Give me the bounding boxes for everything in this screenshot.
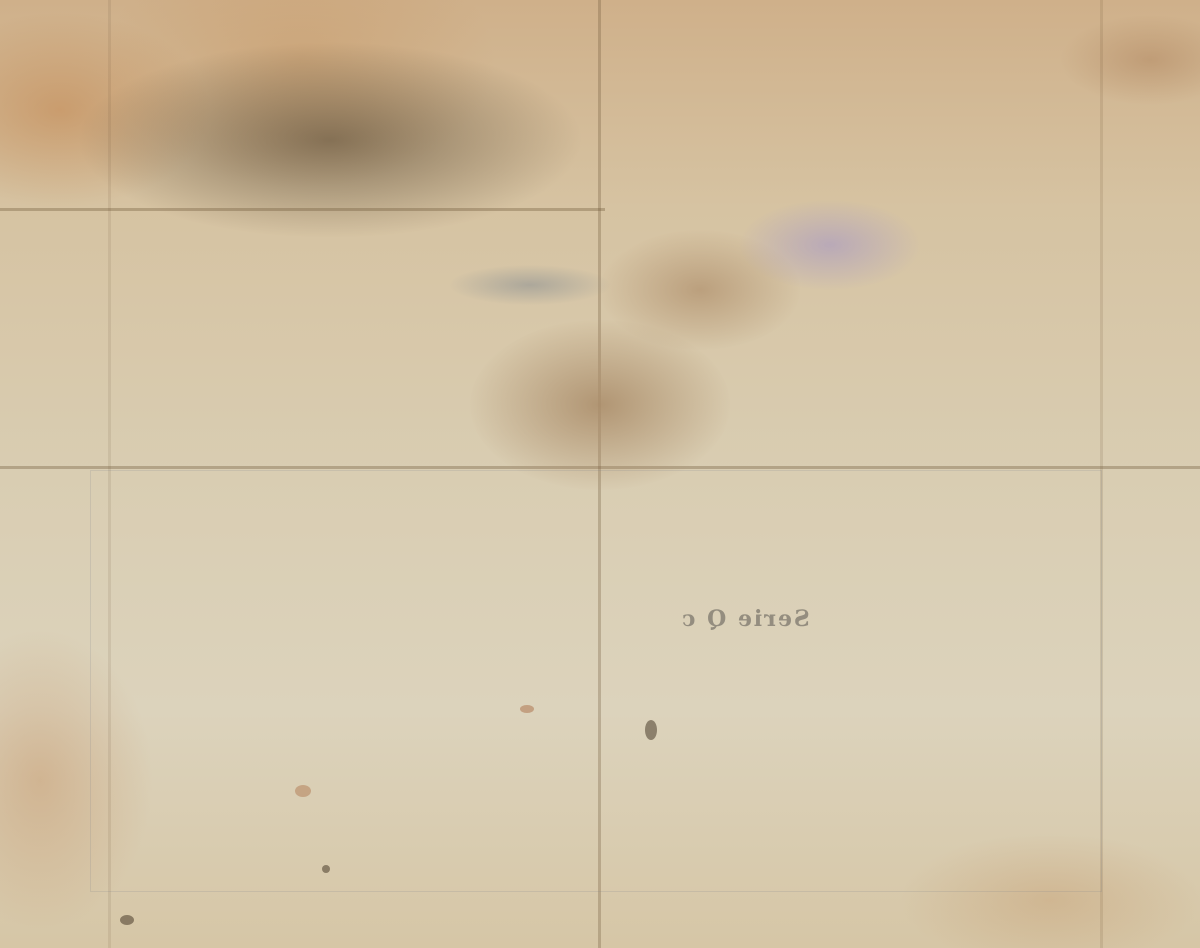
ink-blot [645,720,657,740]
foxing-spot [520,705,534,713]
printed-frame-faint [90,470,1102,892]
faded-ink-mark [450,265,610,305]
ink-blot [120,915,134,925]
ink-blot [322,865,330,873]
purple-ink-stain [740,200,920,290]
fold-line-horizontal-top [0,208,605,211]
water-stain-center [470,320,730,490]
foxing-spot [295,785,311,797]
serie-label-mirrored: Serie Q c [680,606,810,632]
aged-paper-document: Serie Q c [0,0,1200,948]
